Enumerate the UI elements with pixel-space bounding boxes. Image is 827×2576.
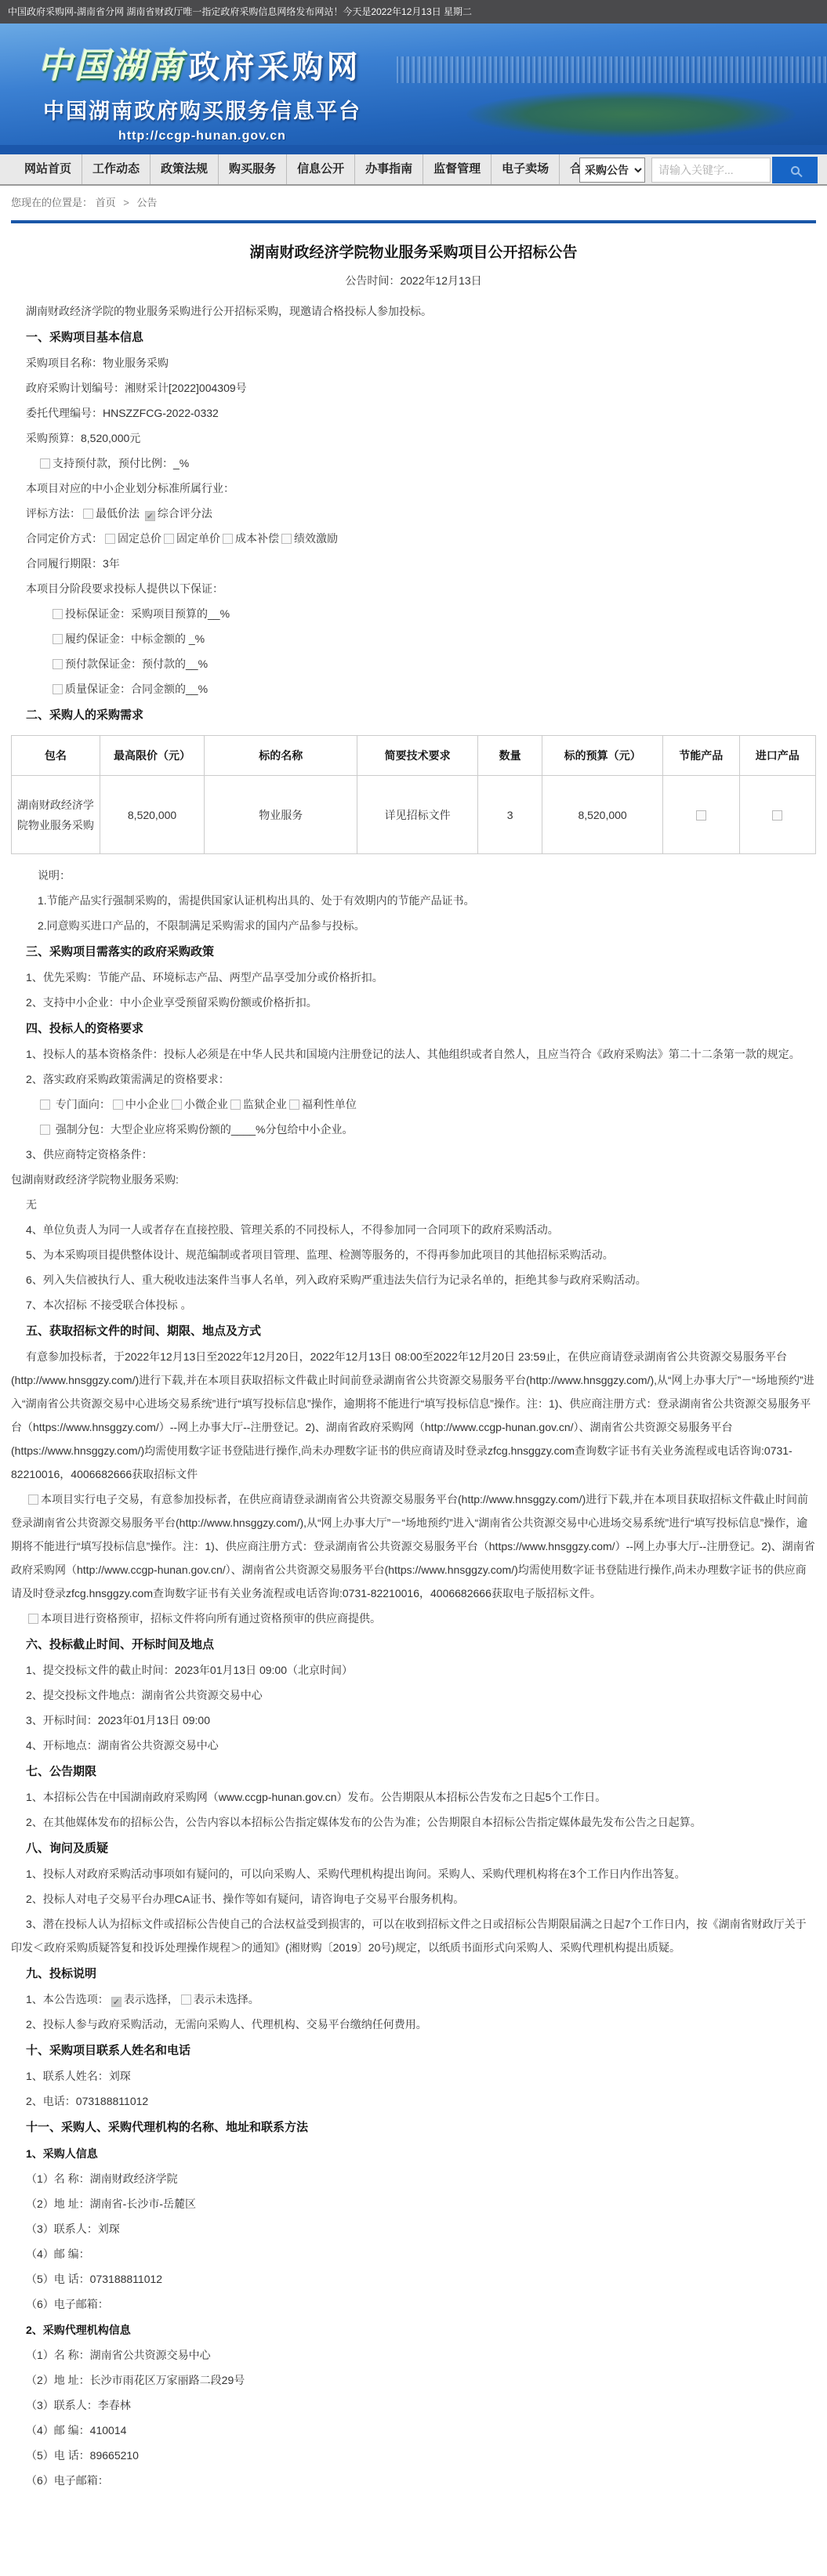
paragraph: 无 bbox=[11, 1193, 816, 1216]
nav-item-0[interactable]: 网站首页 bbox=[14, 154, 82, 184]
paragraph: 2、提交投标文件地点：湖南省公共资源交易中心 bbox=[11, 1683, 816, 1707]
paragraph: 3、开标时间：2023年01月13日 09:00 bbox=[11, 1708, 816, 1732]
paragraph: 委托代理编号：HNSZZFCG-2022-0332 bbox=[11, 401, 816, 425]
paragraph: 本项目对应的中小企业划分标准所属行业： bbox=[11, 476, 816, 500]
table-row: 湖南财政经济学院物业服务采购8,520,000物业服务详见招标文件38,520,… bbox=[12, 776, 816, 854]
paragraph: 本项目分阶段要求投标人提供以下保证： bbox=[11, 577, 816, 600]
search-category-select[interactable]: 采购公告 bbox=[579, 158, 645, 183]
paragraph: （4）邮 编：410014 bbox=[11, 2418, 816, 2442]
paragraph: 2、在其他媒体发布的招标公告，公告内容以本招标公告指定媒体发布的公告为准；公告期… bbox=[11, 1810, 816, 1834]
search-input[interactable] bbox=[651, 158, 771, 183]
paragraph: （3）联系人：李春林 bbox=[11, 2393, 816, 2417]
checkbox-unchecked-icon bbox=[53, 684, 63, 694]
paragraph: 6、列入失信被执行人、重大税收违法案件当事人名单，列入政府采购严重违法失信行为记… bbox=[11, 1268, 816, 1292]
paragraph: 预付款保证金：预付款的__% bbox=[11, 652, 816, 676]
banner-subtitle: 中国湖南政府购买服务信息平台 bbox=[38, 94, 367, 125]
requirements-table: 包名最高限价（元）标的名称简要技术要求数量标的预算（元）节能产品进口产品湖南财政… bbox=[11, 735, 816, 854]
checkbox-unchecked-icon bbox=[53, 609, 63, 619]
site-banner: 中国湖南 政府采购网 中国湖南政府购买服务信息平台 http://ccgp-hu… bbox=[0, 24, 827, 145]
banner-bottom-strip bbox=[0, 145, 827, 154]
section-heading: 八、询问及质疑 bbox=[11, 1837, 816, 1860]
paragraph: 3、供应商特定资格条件： bbox=[11, 1143, 816, 1166]
sub-heading: 2、采购代理机构信息 bbox=[11, 2318, 816, 2342]
checkbox-checked-icon: ✓ bbox=[111, 1997, 122, 2007]
paragraph: 采购预算：8,520,000元 bbox=[11, 426, 816, 450]
table-cell: 3 bbox=[478, 776, 542, 854]
paragraph: 评标方法：最低价法 ✓综合评分法 bbox=[11, 502, 816, 525]
table-cell: 物业服务 bbox=[205, 776, 357, 854]
section-heading: 一、采购项目基本信息 bbox=[11, 326, 816, 350]
paragraph: 2、投标人对电子交易平台办理CA证书、操作等如有疑问，请咨询电子交易平台服务机构… bbox=[11, 1887, 816, 1911]
paragraph: 1、投标人的基本资格条件：投标人必须是在中华人民共和国境内注册登记的法人、其他组… bbox=[11, 1042, 816, 1066]
checkbox-unchecked-icon bbox=[164, 534, 174, 544]
nav-item-2[interactable]: 政策法规 bbox=[151, 154, 219, 184]
paragraph: 履约保证金：中标金额的 _% bbox=[11, 627, 816, 650]
section-heading: 六、投标截止时间、开标时间及地点 bbox=[11, 1633, 816, 1657]
paragraph: （2）地 址：湖南省-长沙市-岳麓区 bbox=[11, 2192, 816, 2216]
paragraph: 说明： bbox=[11, 864, 816, 887]
paragraph: （6）电子邮箱： bbox=[11, 2469, 816, 2492]
breadcrumb-current-link[interactable]: 公告 bbox=[137, 197, 158, 208]
paragraph: 1、本招标公告在中国湖南政府采购网（www.ccgp-hunan.gov.cn）… bbox=[11, 1785, 816, 1809]
publish-date: 公告时间：2022年12月13日 bbox=[11, 273, 816, 288]
breadcrumb-prefix: 您现在的位置是： bbox=[11, 197, 92, 208]
section-heading: 二、采购人的采购需求 bbox=[11, 704, 816, 727]
breadcrumb-separator: > bbox=[123, 197, 129, 208]
announcement-content: 湖南财政经济学院物业服务采购项目公开招标公告 公告时间：2022年12月13日 … bbox=[11, 220, 816, 2525]
table-header-cell: 包名 bbox=[12, 736, 100, 776]
checkbox-unchecked-icon bbox=[172, 1100, 182, 1110]
paragraph: 合同履行期限：3年 bbox=[11, 552, 816, 575]
paragraph: 3、潜在投标人认为招标文件或招标公告使自己的合法权益受到损害的，可以在收到招标文… bbox=[11, 1912, 816, 1959]
paragraph: （3）联系人：刘琛 bbox=[11, 2217, 816, 2241]
breadcrumb-home-link[interactable]: 首页 bbox=[96, 197, 116, 208]
section-heading: 七、公告期限 bbox=[11, 1760, 816, 1784]
paragraph: （5）电 话：073188811012 bbox=[11, 2267, 816, 2291]
logo-calligraphy: 中国湖南 bbox=[38, 47, 185, 85]
paragraph: （4）邮 编： bbox=[11, 2242, 816, 2266]
table-cell: 详见招标文件 bbox=[357, 776, 478, 854]
site-logo: 中国湖南 政府采购网 bbox=[38, 38, 367, 88]
table-cell bbox=[739, 776, 816, 854]
topbar-text: 中国政府采购网-湖南省分网 湖南省财政厅唯一指定政府采购信息网络发布网站！今天是… bbox=[8, 6, 472, 17]
checkbox-unchecked-icon bbox=[223, 534, 233, 544]
paragraph: 质量保证金：合同金额的__% bbox=[11, 677, 816, 701]
paragraph: 2、电话：073188811012 bbox=[11, 2089, 816, 2113]
table-header-cell: 标的预算（元） bbox=[542, 736, 663, 776]
page-title: 湖南财政经济学院物业服务采购项目公开招标公告 bbox=[11, 241, 816, 262]
table-header-cell: 标的名称 bbox=[205, 736, 357, 776]
paragraph: 支持预付款，预付比例：_% bbox=[11, 451, 816, 475]
nav-item-1[interactable]: 工作动态 bbox=[82, 154, 151, 184]
checkbox-unchecked-icon bbox=[40, 1125, 50, 1135]
nav-item-5[interactable]: 办事指南 bbox=[355, 154, 423, 184]
paragraph: 5、为本采购项目提供整体设计、规范编制或者项目管理、监理、检测等服务的，不得再参… bbox=[11, 1243, 816, 1266]
paragraph: 包湖南财政经济学院物业服务采购: bbox=[11, 1168, 816, 1191]
paragraph: 7、本次招标 不接受联合体投标 。 bbox=[11, 1293, 816, 1317]
paragraph: 1、本公告选项：✓表示选择，表示未选择。 bbox=[11, 1987, 816, 2011]
paragraph: 采购项目名称：物业服务采购 bbox=[11, 351, 816, 375]
table-cell bbox=[663, 776, 739, 854]
checkbox-unchecked-icon bbox=[289, 1100, 299, 1110]
announcement-body: 湖南财政经济学院的物业服务采购进行公开招标采购，现邀请合格投标人参加投标。一、采… bbox=[11, 299, 816, 2492]
table-header-cell: 节能产品 bbox=[663, 736, 739, 776]
paragraph: 政府采购计划编号：湘财采计[2022]004309号 bbox=[11, 376, 816, 400]
table-cell: 湖南财政经济学院物业服务采购 bbox=[12, 776, 100, 854]
checkbox-unchecked-icon bbox=[772, 810, 782, 821]
paragraph: 专门面向：中小企业小微企业监狱企业福利性单位 bbox=[11, 1092, 816, 1116]
breadcrumb: 您现在的位置是： 首页 > 公告 bbox=[0, 186, 827, 220]
section-heading: 十、采购项目联系人姓名和电话 bbox=[11, 2039, 816, 2063]
checkbox-unchecked-icon bbox=[53, 659, 63, 669]
paragraph: 1、优先采购：节能产品、环境标志产品、两型产品享受加分或价格折扣。 bbox=[11, 966, 816, 989]
section-heading: 三、采购项目需落实的政府采购政策 bbox=[11, 940, 816, 964]
checkbox-unchecked-icon bbox=[40, 458, 50, 469]
paragraph: 1、联系人姓名：刘琛 bbox=[11, 2064, 816, 2088]
nav-item-4[interactable]: 信息公开 bbox=[287, 154, 355, 184]
paragraph: （1）名 称：湖南省公共资源交易中心 bbox=[11, 2343, 816, 2367]
paragraph: （6）电子邮箱： bbox=[11, 2292, 816, 2316]
table-header-cell: 数量 bbox=[478, 736, 542, 776]
checkbox-unchecked-icon bbox=[281, 534, 292, 544]
table-cell: 8,520,000 bbox=[100, 776, 204, 854]
topbar: 中国政府采购网-湖南省分网 湖南省财政厅唯一指定政府采购信息网络发布网站！今天是… bbox=[0, 0, 827, 24]
section-heading: 十一、采购人、采购代理机构的名称、地址和联系方法 bbox=[11, 2116, 816, 2139]
checkbox-unchecked-icon bbox=[28, 1495, 38, 1505]
paragraph: 湖南财政经济学院的物业服务采购进行公开招标采购，现邀请合格投标人参加投标。 bbox=[11, 299, 816, 323]
search-button[interactable] bbox=[772, 157, 818, 183]
checkbox-checked-icon: ✓ bbox=[145, 511, 155, 521]
checkbox-unchecked-icon bbox=[181, 1994, 191, 2005]
paragraph: 1、投标人对政府采购活动事项如有疑问的，可以向采购人、采购代理机构提出询问。采购… bbox=[11, 1862, 816, 1886]
checkbox-unchecked-icon bbox=[53, 634, 63, 644]
checkbox-unchecked-icon bbox=[28, 1614, 38, 1624]
paragraph: 2、落实政府采购政策需满足的资格要求： bbox=[11, 1067, 816, 1091]
paragraph: 2、投标人参与政府采购活动，无需向采购人、代理机构、交易平台缴纳任何费用。 bbox=[11, 2013, 816, 2036]
paragraph: 有意参加投标者，于2022年12月13日至2022年12月20日，2022年12… bbox=[11, 1345, 816, 1486]
paragraph: 本项目进行资格预审，招标文件将向所有通过资格预审的供应商提供。 bbox=[11, 1607, 816, 1630]
banner-url: http://ccgp-hunan.gov.cn bbox=[38, 129, 367, 143]
logo-title: 政府采购网 bbox=[188, 50, 361, 85]
main-nav: 网站首页工作动态政策法规购买服务信息公开办事指南监督管理电子卖场合同融资 采购公… bbox=[0, 154, 827, 186]
section-heading: 四、投标人的资格要求 bbox=[11, 1017, 816, 1041]
section-heading: 五、获取招标文件的时间、期限、地点及方式 bbox=[11, 1320, 816, 1343]
table-header-cell: 最高限价（元） bbox=[100, 736, 204, 776]
checkbox-unchecked-icon bbox=[105, 534, 115, 544]
checkbox-unchecked-icon bbox=[83, 509, 93, 519]
paragraph: 4、开标地点：湖南省公共资源交易中心 bbox=[11, 1734, 816, 1757]
nav-item-6[interactable]: 监督管理 bbox=[423, 154, 491, 184]
paragraph: （2）地 址：长沙市雨花区万家丽路二段29号 bbox=[11, 2368, 816, 2392]
paragraph: 强制分包：大型企业应将采购份额的____%分包给中小企业。 bbox=[11, 1118, 816, 1141]
checkbox-unchecked-icon bbox=[40, 1100, 50, 1110]
section-heading: 九、投标说明 bbox=[11, 1962, 816, 1986]
checkbox-unchecked-icon bbox=[230, 1100, 241, 1110]
search-bar: 采购公告 bbox=[579, 157, 818, 183]
magnifier-icon bbox=[791, 166, 800, 175]
nav-item-3[interactable]: 购买服务 bbox=[219, 154, 287, 184]
table-header-cell: 进口产品 bbox=[739, 736, 816, 776]
paragraph: 2.同意购买进口产品的，不限制满足采购需求的国内产品参与投标。 bbox=[11, 914, 816, 937]
paragraph: 4、单位负责人为同一人或者存在直接控股、管理关系的不同投标人，不得参加同一合同项… bbox=[11, 1218, 816, 1241]
checkbox-unchecked-icon bbox=[696, 810, 706, 821]
paragraph: 投标保证金：采购项目预算的__% bbox=[11, 602, 816, 625]
sub-heading: 1、采购人信息 bbox=[11, 2142, 816, 2165]
paragraph: 本项目实行电子交易，有意参加投标者，在供应商请登录湖南省公共资源交易服务平台(h… bbox=[11, 1487, 816, 1605]
table-cell: 8,520,000 bbox=[542, 776, 663, 854]
nav-item-7[interactable]: 电子卖场 bbox=[491, 154, 560, 184]
paragraph: 1.节能产品实行强制采购的，需提供国家认证机构出具的、处于有效期内的节能产品证书… bbox=[11, 889, 816, 912]
paragraph: 合同定价方式：固定总价固定单价成本补偿绩效激励 bbox=[11, 527, 816, 550]
table-header-cell: 简要技术要求 bbox=[357, 736, 478, 776]
checkbox-unchecked-icon bbox=[113, 1100, 123, 1110]
paragraph: （5）电 话：89665210 bbox=[11, 2444, 816, 2467]
paragraph: 2、支持中小企业：中小企业享受预留采购份额或价格折扣。 bbox=[11, 991, 816, 1014]
paragraph: 1、提交投标文件的截止时间：2023年01月13日 09:00（北京时间） bbox=[11, 1658, 816, 1682]
paragraph: （1）名 称：湖南财政经济学院 bbox=[11, 2167, 816, 2190]
